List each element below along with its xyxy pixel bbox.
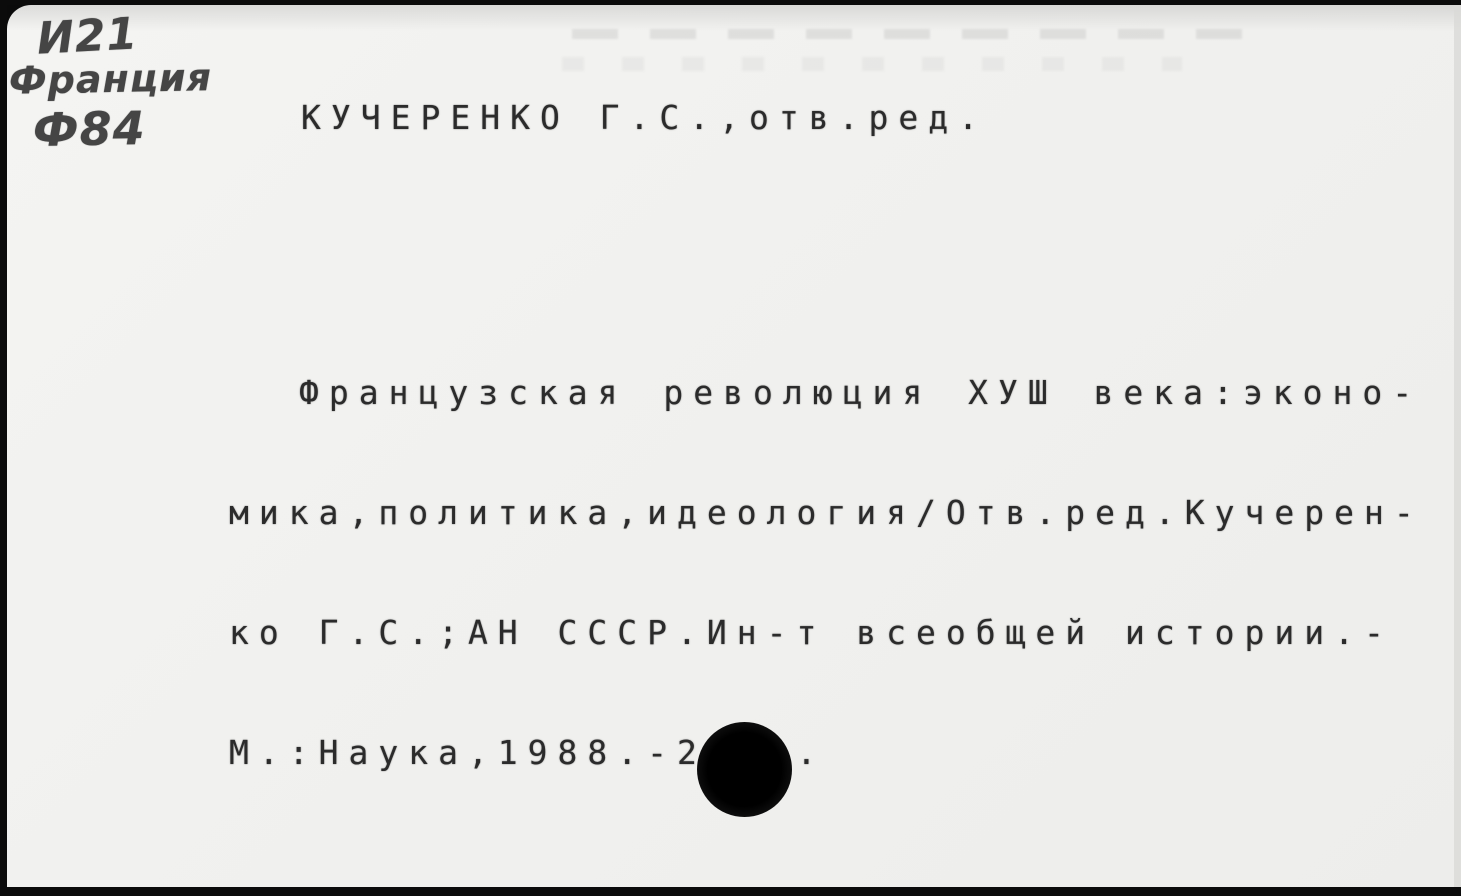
catalog-card: И21 Франция Ф84 КУЧЕРЕНКО Г.С.,отв.ред. … xyxy=(7,5,1461,887)
description-line: Французская революция ХУШ века:эконо- xyxy=(229,373,1424,413)
description-line: ко Г.С.;АН СССР.Ин-т всеобщей истории.- xyxy=(229,613,1424,653)
catalog-card-scan: И21 Франция Ф84 КУЧЕРЕНКО Г.С.,отв.ред. … xyxy=(0,0,1461,896)
scan-artifact xyxy=(572,29,1252,39)
description-line: мика,политика,идеология/Отв.ред.Кучерен- xyxy=(229,493,1424,533)
bibliographic-description: Французская революция ХУШ века:эконо- ми… xyxy=(229,293,1424,853)
call-number-cutter: Ф84 xyxy=(33,101,147,157)
description-line: М.:Наука,1988.-269с. xyxy=(229,733,1424,773)
scan-artifact xyxy=(562,57,1182,71)
call-number-subject: Франция xyxy=(9,55,213,103)
scan-shading xyxy=(7,5,1461,31)
card-heading-editor: КУЧЕРЕНКО Г.С.,отв.ред. xyxy=(301,98,988,137)
card-right-edge xyxy=(1454,5,1461,887)
punch-hole xyxy=(697,722,792,817)
